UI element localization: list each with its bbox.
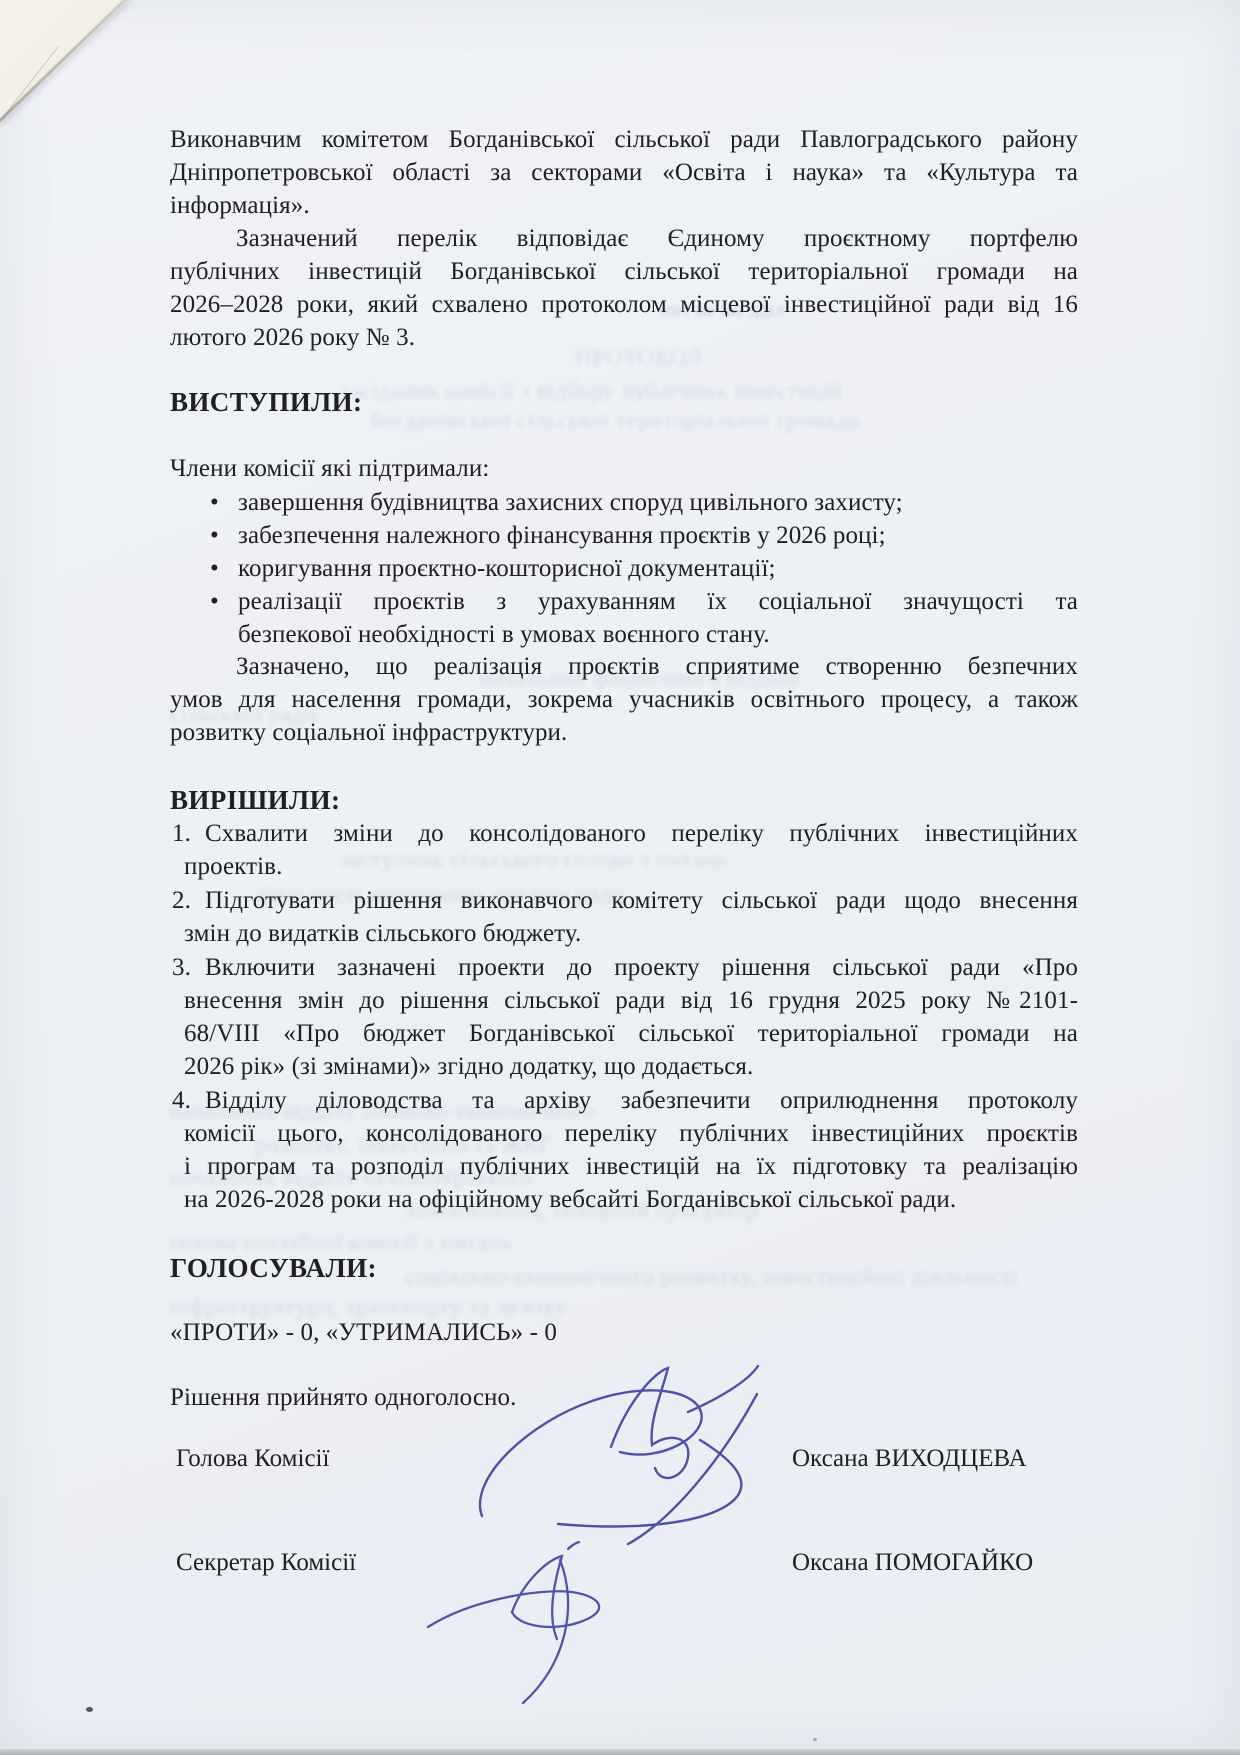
signatory-name: Оксана ПОМОГАЙКО <box>792 1546 1033 1579</box>
scanned-document: { "colors": { "paper": "#edf0f5", "backi… <box>0 0 1240 1755</box>
decision-text: Підготувати рішення виконавчого комітету… <box>170 884 1078 917</box>
paragraph-line: умов для населення громади, зокрема учас… <box>170 683 1078 716</box>
votes-line: «ПРОТИ» - 0, «УТРИМАЛИСЬ» - 0 <box>170 1316 1078 1349</box>
decision-text: 68/VIII «Про бюджет Богданівської сільсь… <box>184 1017 1078 1050</box>
bullet-item: • завершення будівництва захисних споруд… <box>170 486 1078 519</box>
section-heading-voted: ГОЛОСУВАЛИ: <box>170 1252 1078 1285</box>
document-page: пит во іні дділ ПРОТОКОЛ засідання коміс… <box>0 0 1240 1755</box>
decision-text: на 2026-2028 роки на офіційному вебсайті… <box>184 1183 1078 1216</box>
members-intro: Члени комісії які підтримали: <box>170 452 1078 485</box>
paragraph-line: лютого 2026 року № 3. <box>170 321 1078 354</box>
decision-text: Включити зазначені проекти до проекту рі… <box>170 951 1078 984</box>
signature-row-chair: Голова Комісії Оксана ВИХОДЦЕВА <box>170 1442 1078 1475</box>
decision-text: комісії цього, консолідованого переліку … <box>184 1117 1078 1150</box>
bullet-text: коригування проєктно-кошторисної докумен… <box>238 552 1078 585</box>
decision-item: 2. Підготувати рішення виконавчого коміт… <box>170 884 1078 917</box>
bullet-marker: • <box>210 585 219 618</box>
bullet-item: • коригування проєктно-кошторисної докум… <box>170 552 1078 585</box>
paragraph-line: публічних інвестицій Богданівської сільс… <box>170 255 1078 288</box>
signatory-role: Секретар Комісії <box>176 1546 356 1579</box>
paragraph-line: розвитку соціальної інфраструктури. <box>170 716 1078 749</box>
paragraph-line: 2026–2028 роки, який схвалено протоколом… <box>170 288 1078 321</box>
decision-text: і програм та розподіл публічних інвестиц… <box>184 1150 1078 1183</box>
bullet-marker: • <box>210 552 219 585</box>
scan-speck <box>813 1738 817 1741</box>
bullet-continuation: безпекової необхідності в умовах воєнног… <box>170 618 1078 651</box>
bullet-text: завершення будівництва захисних споруд ц… <box>238 486 1078 519</box>
bullet-item: • реалізації проєктів з урахуванням їх с… <box>170 585 1078 618</box>
decision-item: 3. Включити зазначені проекти до проекту… <box>170 951 1078 984</box>
decision-note: Рішення прийнято одноголосно. <box>170 1381 1078 1414</box>
paragraph-line: Зазначений перелік відповідає Єдиному пр… <box>170 222 1078 255</box>
decision-text: проектів. <box>184 850 1078 883</box>
signatory-name: Оксана ВИХОДЦЕВА <box>792 1442 1027 1475</box>
bullet-text: забезпечення належного фінансування проє… <box>238 519 1078 552</box>
scan-bottom-edge <box>0 1749 1240 1755</box>
bullet-text: безпекової необхідності в умовах воєнног… <box>238 618 1078 651</box>
signatory-role: Голова Комісії <box>176 1442 329 1475</box>
decision-item: 4. Відділу діловодства та архіву забезпе… <box>170 1084 1078 1117</box>
decision-text: Схвалити зміни до консолідованого перелі… <box>170 817 1078 850</box>
bullet-item: • забезпечення належного фінансування пр… <box>170 519 1078 552</box>
paragraph-line: інформація». <box>170 189 1078 222</box>
paragraph-line: Зазначено, що реалізація проєктів сприят… <box>170 650 1078 683</box>
section-heading-spoke: ВИСТУПИЛИ: <box>170 386 1078 419</box>
signature-row-secretary: Секретар Комісії Оксана ПОМОГАЙКО <box>170 1546 1078 1579</box>
bullet-marker: • <box>210 486 219 519</box>
decision-text: 2026 рік» (зі змінами)» згідно додатку, … <box>184 1050 1078 1083</box>
paragraph-line: Виконавчим комітетом Богданівської сільс… <box>170 123 1078 156</box>
decision-text: змін до видатків сільського бюджету. <box>184 917 1078 950</box>
scan-speck <box>86 1707 93 1712</box>
decision-text: Відділу діловодства та архіву забезпечит… <box>170 1084 1078 1117</box>
paragraph-line: Дніпропетровської області за секторами «… <box>170 156 1078 189</box>
text-block: Виконавчим комітетом Богданівської сільс… <box>170 0 1078 1755</box>
bullet-text: реалізації проєктів з урахуванням їх соц… <box>238 585 1078 618</box>
decision-text: внесення змін до рішення сільської ради … <box>184 984 1078 1017</box>
decision-item: 1. Схвалити зміни до консолідованого пер… <box>170 817 1078 850</box>
section-heading-decided: ВИРІШИЛИ: <box>170 784 1078 817</box>
bullet-marker: • <box>210 519 219 552</box>
